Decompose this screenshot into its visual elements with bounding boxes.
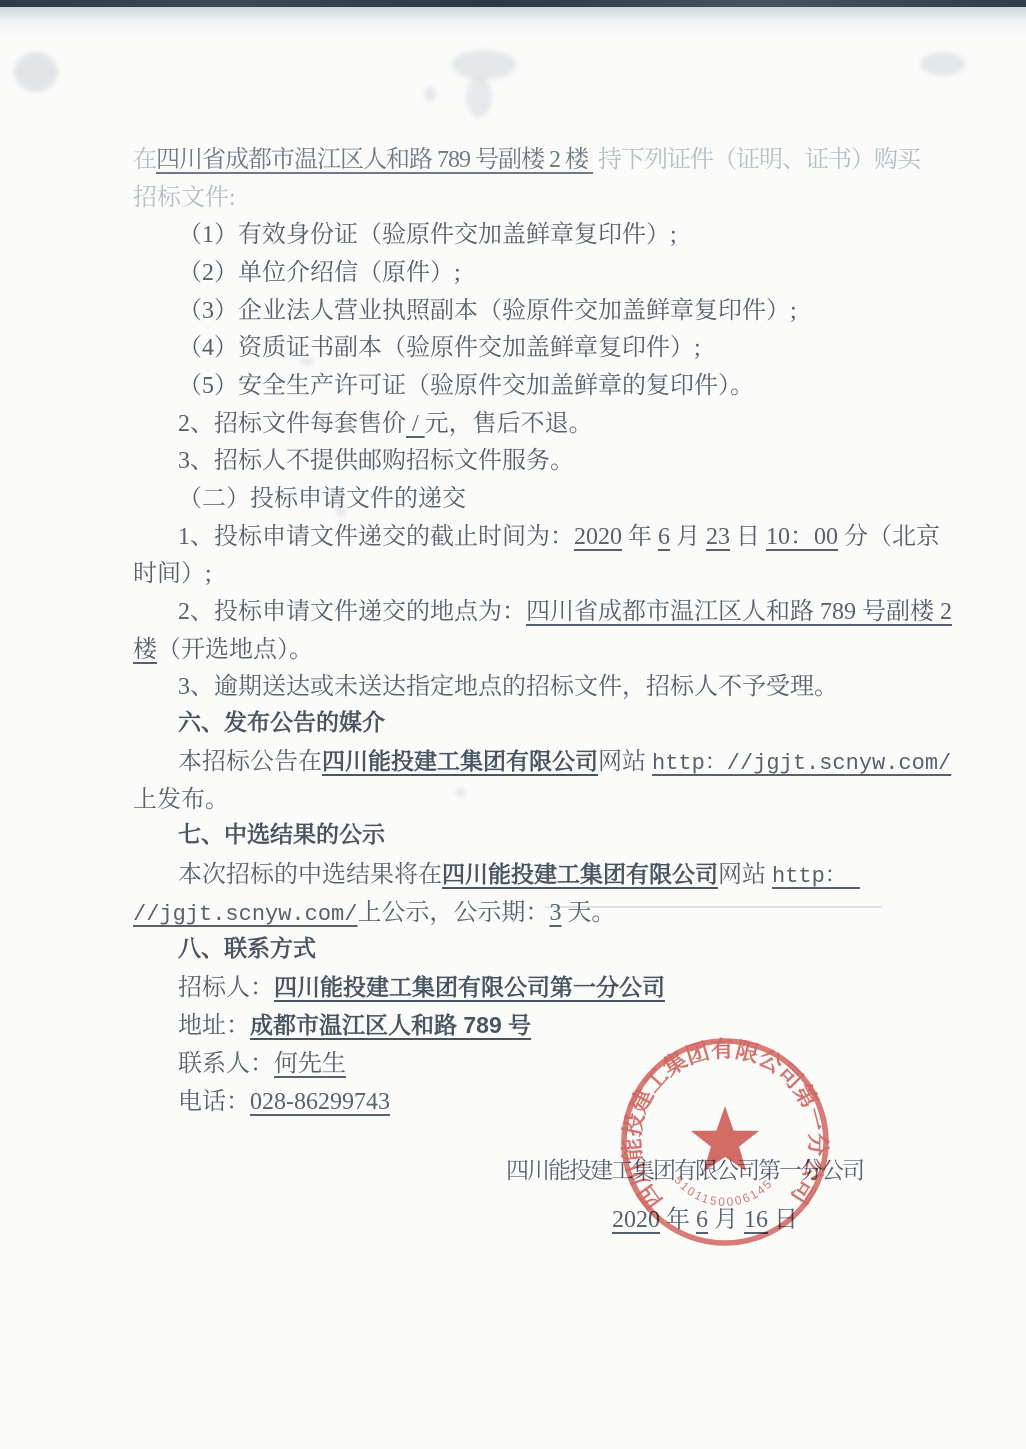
- text-run: 何先生: [274, 1051, 346, 1077]
- text-run: 3、招标人不提供邮购招标文件服务。: [178, 448, 574, 474]
- scanner-edge-artifact-top: [0, 0, 1026, 7]
- text-run: 天。: [561, 900, 615, 926]
- text-run: 四川能投建工集团有限公司: [322, 748, 598, 774]
- company-seal-stamp: 四川能投建工集团有限公司第一分公司 5101150006145: [595, 1012, 855, 1272]
- text-run: 1、投标申请文件递交的截止时间为：: [178, 524, 574, 550]
- text-run: 时间）;: [133, 561, 212, 587]
- text-run: 六、发布公告的媒介: [178, 709, 385, 735]
- text-run: （4）资质证书副本（验原件交加盖鲜章复印件）;: [178, 335, 701, 361]
- scan-smudge: [424, 86, 436, 102]
- text-line-1: 在四川省成都市温江区人和路 789 号副楼 2 楼 持下列证件（证明、证书）购买: [133, 139, 920, 174]
- text-run: 10：00: [766, 524, 838, 550]
- text-run: 23: [706, 524, 730, 550]
- text-run: 网站: [598, 749, 652, 775]
- text-run: 联系人：: [178, 1051, 274, 1077]
- text-run: 七、中选结果的公示: [178, 821, 385, 847]
- section-heading-7: 七、中选结果的公示: [178, 816, 385, 849]
- section-heading-6: 六、发布公告的媒介: [178, 704, 385, 737]
- text-line-20: 本次招标的中选结果将在四川能投建工集团有限公司网站 http：: [178, 854, 860, 889]
- text-line-6: （4）资质证书副本（验原件交加盖鲜章复印件）;: [178, 327, 701, 362]
- scan-smudge: [920, 52, 966, 76]
- scan-smudge: [452, 50, 516, 80]
- text-run: （5）安全生产许可证（验原件交加盖鲜章的复印件）。: [178, 373, 754, 399]
- text-run: /: [406, 411, 425, 437]
- seal-serial-number: 5101150006145: [671, 1173, 776, 1209]
- text-run: 楼: [133, 637, 157, 663]
- text-line-9: 3、招标人不提供邮购招标文件服务。: [178, 440, 574, 475]
- text-run: 地址：: [178, 1013, 250, 1039]
- text-line-8: 2、招标文件每套售价 / 元，售后不退。: [178, 403, 593, 438]
- text-run: 分（北京: [838, 524, 940, 550]
- text-run: 在: [133, 147, 156, 173]
- scan-smudge: [456, 788, 465, 797]
- text-run: 八、联系方式: [178, 935, 316, 961]
- text-run: （1）有效身份证（验原件交加盖鲜章复印件）;: [178, 222, 677, 248]
- section-heading-8: 八、联系方式: [178, 930, 316, 963]
- text-run: 成都市温江区人和路 789 号: [250, 1012, 531, 1038]
- text-run: 本次招标的中选结果将在: [178, 862, 442, 888]
- text-run: 持下列证件（证明、证书）购买: [593, 147, 920, 173]
- text-run: 四川能投建工集团有限公司第一分公司: [274, 974, 665, 1000]
- scanner-fade-artifact: [0, 7, 1026, 37]
- text-run: 2、招标文件每套售价: [178, 411, 406, 437]
- text-run: 028-86299743: [250, 1089, 390, 1115]
- text-run: 四川省成都市温江区人和路 789 号副楼 2 楼: [156, 147, 593, 173]
- text-line-18: 上发布。: [133, 779, 229, 814]
- text-line-21: //jgjt.scnyw.com/上公示，公示期：3 天。: [133, 892, 615, 927]
- text-line-7: （5）安全生产许可证（验原件交加盖鲜章的复印件）。: [178, 365, 754, 400]
- text-run: （3）企业法人营业执照副本（验原件交加盖鲜章复印件）;: [178, 298, 797, 324]
- text-line-2: 招标文件:: [133, 177, 236, 212]
- text-line-10: （二）投标申请文件的递交: [178, 478, 466, 513]
- text-line-3: （1）有效身份证（验原件交加盖鲜章复印件）;: [178, 214, 677, 249]
- text-run: 2、投标申请文件递交的地点为：: [178, 599, 526, 625]
- text-run: 上公示，公示期：: [357, 900, 549, 926]
- text-run: 6: [658, 524, 670, 550]
- text-run: 2020: [574, 524, 622, 550]
- text-line-12: 时间）;: [133, 553, 212, 588]
- text-run: 四川能投建工集团有限公司: [442, 861, 718, 887]
- text-line-4: （2）单位介绍信（原件）;: [178, 252, 461, 287]
- text-line-14: 楼（开选地点）。: [133, 629, 313, 664]
- contact-address-line: 地址：成都市温江区人和路 789 号: [178, 1005, 531, 1040]
- text-run: 招标人：: [178, 975, 274, 1001]
- star-icon: [691, 1106, 759, 1171]
- contact-phone-line: 电话：028-86299743: [178, 1081, 390, 1116]
- scan-smudge: [14, 52, 58, 92]
- text-run: 元，售后不退。: [425, 411, 593, 437]
- scan-smudge: [466, 76, 492, 118]
- text-run: 3: [549, 900, 561, 926]
- text-run: 本招标公告在: [178, 749, 322, 775]
- text-line-17: 本招标公告在四川能投建工集团有限公司网站 http：//jgjt.scnyw.c…: [178, 741, 951, 776]
- seal-serial-holder: 5101150006145: [671, 1173, 776, 1209]
- text-line-15: 3、逾期送达或未送达指定地点的招标文件，招标人不予受理。: [178, 666, 838, 701]
- text-run: 日: [730, 524, 766, 550]
- text-run: 四川省成都市温江区人和路 789 号副楼 2: [526, 599, 952, 625]
- scanned-document-page: { "document": { "margin_left": 133, "ind…: [0, 0, 1026, 1449]
- contact-person-line: 联系人：何先生: [178, 1043, 346, 1078]
- text-line-11: 1、投标申请文件递交的截止时间为：2020 年 6 月 23 日 10：00 分…: [178, 516, 940, 551]
- text-run: 电话：: [178, 1089, 250, 1115]
- text-line-13: 2、投标申请文件递交的地点为：四川省成都市温江区人和路 789 号副楼 2: [178, 591, 952, 626]
- contact-bidder-line: 招标人：四川能投建工集团有限公司第一分公司: [178, 967, 665, 1002]
- text-run: //jgjt.scnyw.com/: [133, 902, 357, 927]
- text-run: 网站: [718, 862, 772, 888]
- text-run: http：//jgjt.scnyw.com/: [652, 751, 951, 776]
- text-run: 招标文件:: [133, 185, 236, 211]
- text-line-5: （3）企业法人营业执照副本（验原件交加盖鲜章复印件）;: [178, 290, 797, 325]
- text-run: （二）投标申请文件的递交: [178, 486, 466, 512]
- text-run: 上发布。: [133, 787, 229, 813]
- text-run: （2）单位介绍信（原件）;: [178, 260, 461, 286]
- text-run: 年: [622, 524, 658, 550]
- text-run: 月: [670, 524, 706, 550]
- text-run: （开选地点）。: [157, 637, 313, 663]
- text-run: http：: [772, 864, 860, 889]
- text-run: 3、逾期送达或未送达指定地点的招标文件，招标人不予受理。: [178, 674, 838, 700]
